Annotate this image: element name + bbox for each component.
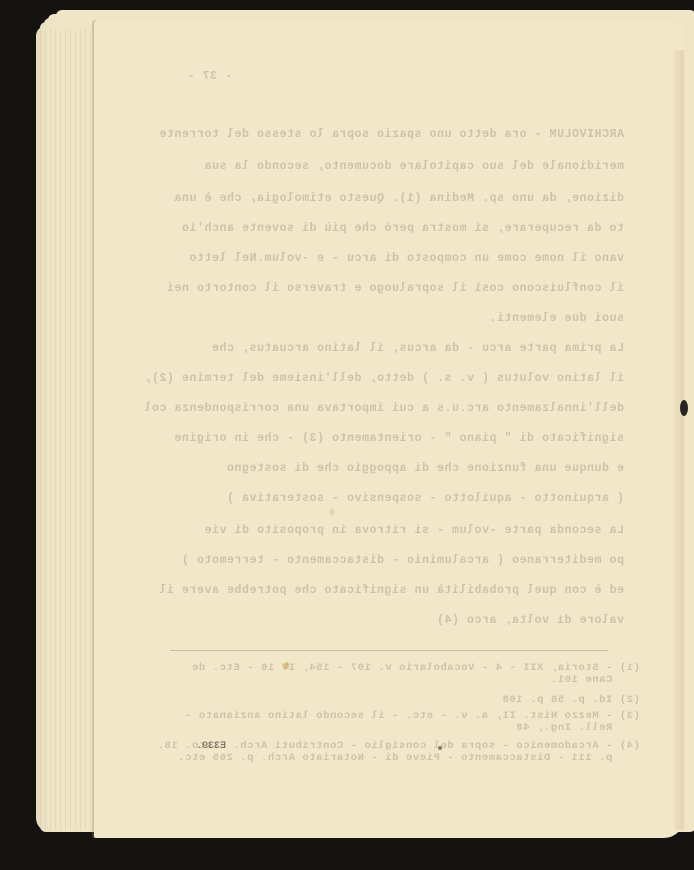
body-line: ed è con quel probabilità un significato… bbox=[186, 584, 624, 597]
body-line: valore di volta, arco (4) bbox=[186, 614, 624, 627]
footnote: (3) - Mezzo Hist. II, a. v. - etc. - il … bbox=[170, 710, 640, 734]
page-edge-right bbox=[674, 50, 684, 830]
handwritten-accession-number: E339. bbox=[196, 741, 226, 752]
body-line: suoi due elementi. bbox=[186, 312, 624, 325]
body-line: e dunque una funzione che di appoggio ch… bbox=[186, 462, 624, 475]
stain-mark bbox=[330, 508, 334, 516]
footnote: (1) - Storia, XII - 4 - Vocabolario v. 1… bbox=[170, 662, 640, 686]
body-line: il confluiscono così il sopraluogo e tra… bbox=[186, 282, 624, 295]
body-line: dizione, da uno sp. Medina (1). Questo e… bbox=[186, 192, 624, 205]
footnote: (2) Id. p. 56 p. 108 bbox=[170, 694, 640, 706]
footnote-separator bbox=[170, 650, 608, 651]
body-line: La seconda parte -volum - si ritrova in … bbox=[186, 524, 624, 537]
page-edges bbox=[40, 30, 98, 830]
ink-dot bbox=[438, 746, 442, 750]
body-line: vano il nome come un composto di arcu - … bbox=[186, 252, 624, 265]
body-line: ARCHIVOLUM - ora detto uno spazio sopra … bbox=[186, 128, 624, 141]
body-line: to da recuperare, si mostra però che più… bbox=[186, 222, 624, 235]
body-line: meridionale del suo capitolare documento… bbox=[186, 160, 624, 173]
binding-notch bbox=[680, 400, 688, 416]
stain-mark bbox=[284, 662, 289, 669]
body-line: La prima parte arcu - da arcus, il latin… bbox=[186, 342, 624, 355]
footnote: (4) - Arcadomenico - sopra del consiglio… bbox=[170, 740, 640, 764]
body-line: po mediterraneo ( arcaluminio - distacca… bbox=[186, 554, 624, 567]
page-number: - 37 - bbox=[172, 70, 232, 83]
body-line: significato di " piano " - orientamento … bbox=[186, 432, 624, 445]
body-line: il latino volutus ( v. s. ) detto, dell'… bbox=[186, 372, 624, 385]
body-line: ( arquinotto - aquilotto - sospensivo - … bbox=[186, 492, 624, 505]
body-line: dell'innalzamento arc.u.s a cui importav… bbox=[186, 402, 624, 415]
